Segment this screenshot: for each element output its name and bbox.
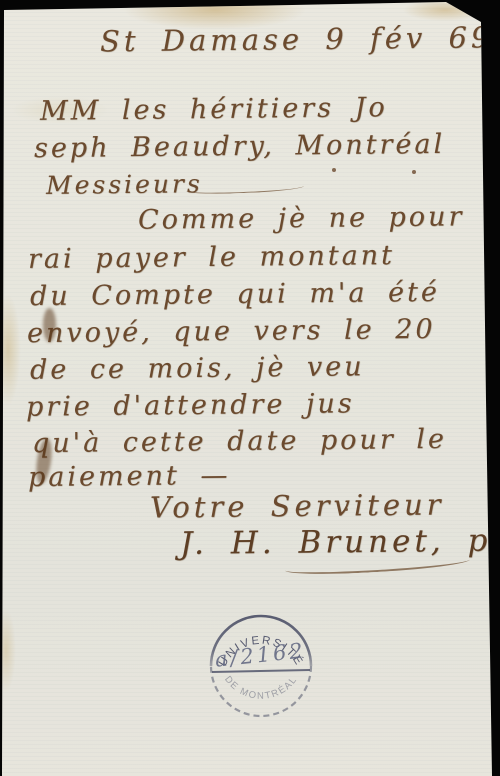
ink-dot xyxy=(412,170,416,174)
body-line: qu'à cette date pour le xyxy=(32,424,447,459)
body-line: envoyé, que vers le 20 xyxy=(27,314,436,349)
university-stamp-graphic: UNIVERSITÉ DE MONTRÉAL a/2162 xyxy=(196,603,326,733)
stamp-handwritten-number: a/2162 xyxy=(214,638,307,671)
closing-line: Votre Serviteur xyxy=(150,487,445,524)
body-line: Comme jè ne pour xyxy=(138,201,465,235)
letter-dateline: St Damase 9 fév 69 — xyxy=(100,20,500,59)
body-line: paiement — xyxy=(28,460,231,493)
stamp-bottom-textpath: DE MONTRÉAL xyxy=(222,674,300,702)
stamp-bottom-text: DE MONTRÉAL xyxy=(222,674,300,702)
salutation: Messieurs xyxy=(46,169,203,200)
recipient-line-2: seph Beaudry, Montréal xyxy=(34,129,445,164)
body-line: prie d'attendre jus xyxy=(26,388,355,422)
scanned-letter: St Damase 9 fév 69 — MM les héritiers Jo… xyxy=(0,0,500,776)
ink-dot xyxy=(345,508,348,511)
ink-dot xyxy=(332,168,336,172)
body-line: de ce mois, jè veu xyxy=(30,351,365,386)
body-line: rai payer le montant xyxy=(28,240,395,275)
body-line: du Compte qui m'a été xyxy=(30,277,440,312)
recipient-line-1: MM les héritiers Jo xyxy=(40,92,388,127)
letter-paper: St Damase 9 fév 69 — MM les héritiers Jo… xyxy=(0,0,500,776)
university-stamp: UNIVERSITÉ DE MONTRÉAL a/2162 xyxy=(196,603,326,733)
ink-blot xyxy=(43,308,56,342)
pen-flourish-line xyxy=(186,182,304,195)
